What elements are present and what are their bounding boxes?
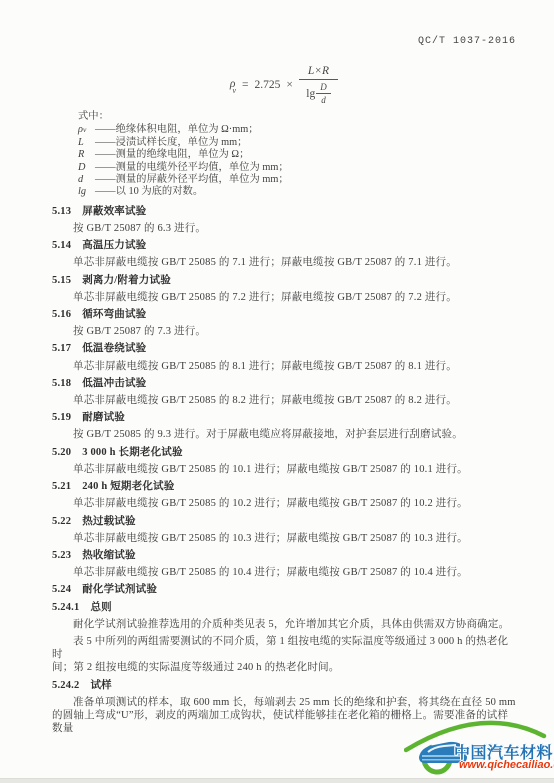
section-paragraph: 单芯非屏蔽电缆按 GB/T 25085 的 10.4 进行；屏蔽电缆按 GB/T… [52, 566, 516, 579]
site-watermark: 中国汽车材料网 www.qichecailiao.com [404, 704, 554, 778]
section-paragraph: 耐化学试剂试验推荐选用的介质种类见表 5，允许增加其它介质，具体由供需双方协商确… [52, 618, 516, 631]
document-page: QC/T 1037-2016 ρv = 2.725 × L×R lg D d 式… [0, 0, 554, 783]
section-heading-5-14: 5.14高温压力试验 [52, 239, 516, 252]
section-paragraph: 单芯非屏蔽电缆按 GB/T 25085 的 7.1 进行；屏蔽电缆按 GB/T … [52, 256, 516, 269]
formula-equals: = [242, 79, 249, 91]
formula-times: × [286, 79, 293, 91]
section-paragraph: 单芯非屏蔽电缆按 GB/T 25085 的 8.1 进行；屏蔽电缆按 GB/T … [52, 360, 516, 373]
section-paragraph: 单芯非屏蔽电缆按 GB/T 25085 的 8.2 进行；屏蔽电缆按 GB/T … [52, 394, 516, 407]
section-heading-5-24-2: 5.24.2试样 [52, 679, 516, 692]
formula-coefficient: 2.725 [255, 79, 281, 91]
formula-legend: 式中： ρv——绝缘体积电阻，单位为 Ω·mm； L——浸渍试样长度，单位为 m… [78, 111, 516, 199]
legend-row: d——测量的屏蔽外径平均值，单位为 mm； [78, 174, 516, 186]
nested-denominator: d [316, 94, 331, 105]
section-heading-5-19: 5.19耐磨试验 [52, 411, 516, 424]
legend-row: D——测量的电缆外径平均值，单位为 mm； [78, 162, 516, 174]
section-heading-5-24-1: 5.24.1总则 [52, 601, 516, 614]
section-paragraph: 单芯非屏蔽电缆按 GB/T 25085 的 7.2 进行；屏蔽电缆按 GB/T … [52, 291, 516, 304]
section-paragraph-continuation: 间；第 2 组按电缆的实际温度等级通过 240 h 的热老化时间。 [52, 661, 516, 674]
section-heading-5-24: 5.24耐化学试剂试验 [52, 583, 516, 596]
legend-row: lg——以 10 为底的对数。 [78, 186, 516, 198]
formula-fraction: L×R lg D d [299, 65, 338, 105]
section-paragraph: 按 GB/T 25087 的 7.3 进行。 [52, 325, 516, 338]
section-paragraph: 单芯非屏蔽电缆按 GB/T 25085 的 10.1 进行；屏蔽电缆按 GB/T… [52, 463, 516, 476]
section-paragraph: 按 GB/T 25085 的 9.3 进行。对于屏蔽电缆应将屏蔽接地，对护套层进… [52, 428, 516, 441]
nested-numerator: D [316, 82, 331, 94]
section-heading-5-16: 5.16循环弯曲试验 [52, 308, 516, 321]
legend-row: ρv——绝缘体积电阻，单位为 Ω·mm； [78, 124, 516, 136]
section-heading-5-20: 5.203 000 h 长期老化试验 [52, 446, 516, 459]
section-heading-5-13: 5.13屏蔽效率试验 [52, 205, 516, 218]
nested-fraction: D d [316, 82, 331, 105]
section-heading-5-15: 5.15剥离力/附着力试验 [52, 274, 516, 287]
section-paragraph: 按 GB/T 25087 的 6.3 进行。 [52, 222, 516, 235]
section-heading-5-22: 5.22热过载试验 [52, 515, 516, 528]
fraction-numerator: L×R [299, 65, 338, 80]
section-paragraph: 单芯非屏蔽电缆按 GB/T 25085 的 10.3 进行；屏蔽电缆按 GB/T… [52, 532, 516, 545]
log-operator: lg [306, 88, 315, 100]
site-url: www.qichecailiao.com [459, 759, 554, 771]
formula: ρv = 2.725 × L×R lg D d [52, 63, 516, 107]
section-paragraph: 表 5 中所列的两组需要测试的不同介质，第 1 组按电缆的实际温度等级通过 3 … [52, 635, 516, 661]
section-heading-5-17: 5.17低温卷绕试验 [52, 342, 516, 355]
section-heading-5-23: 5.23热收缩试验 [52, 549, 516, 562]
section-heading-5-18: 5.18低温冲击试验 [52, 377, 516, 390]
legend-row: L——浸渍试样长度，单位为 mm； [78, 137, 516, 149]
standard-number: QC/T 1037-2016 [52, 36, 516, 47]
section-paragraph: 单芯非屏蔽电缆按 GB/T 25085 的 10.2 进行；屏蔽电缆按 GB/T… [52, 497, 516, 510]
legend-row: R——测量的绝缘电阻，单位为 Ω； [78, 149, 516, 161]
formula-symbol-subscript: v [232, 86, 236, 95]
scan-bottom-edge [0, 778, 554, 783]
fraction-denominator: lg D d [299, 80, 338, 105]
legend-intro: 式中： [78, 111, 516, 123]
section-heading-5-21: 5.21240 h 短期老化试验 [52, 480, 516, 493]
sections: 5.13屏蔽效率试验 按 GB/T 25087 的 6.3 进行。 5.14高温… [52, 205, 516, 736]
